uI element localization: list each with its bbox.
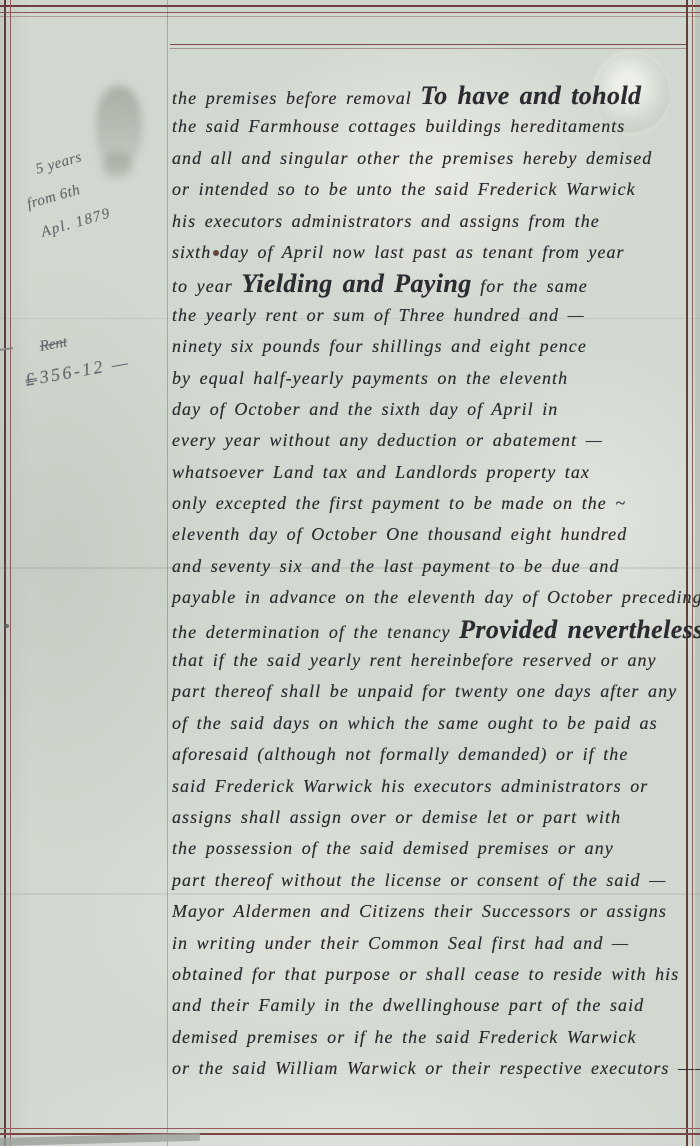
manuscript-line: the premises before removal To have and …: [172, 80, 684, 111]
manuscript-line: eleventh day of October One thousand eig…: [172, 519, 684, 550]
manuscript-line: in writing under their Common Seal first…: [172, 928, 684, 959]
manuscript-line: that if the said yearly rent hereinbefor…: [172, 645, 684, 676]
ink-bleedthrough-smudge: [102, 152, 132, 178]
manuscript-line: to year Yielding and Paying for the same: [172, 268, 684, 299]
manuscript-line: his executors administrators and assigns…: [172, 206, 684, 237]
manuscript-line: or the said William Warwick or their res…: [172, 1053, 684, 1084]
manuscript-body: the premises before removal To have and …: [172, 80, 684, 1085]
manuscript-line: the said Farmhouse cottages buildings he…: [172, 111, 684, 142]
manuscript-line: payable in advance on the eleventh day o…: [172, 582, 684, 613]
manuscript-line: obtained for that purpose or shall cease…: [172, 959, 684, 990]
right-border-rule-1: [686, 0, 688, 1146]
manuscript-line: part thereof without the license or cons…: [172, 865, 684, 896]
manuscript-line: ninety six pounds four shillings and eig…: [172, 331, 684, 362]
manuscript-line: only excepted the first payment to be ma…: [172, 488, 684, 519]
top-border-rule-3: [0, 16, 700, 17]
manuscript-line: assigns shall assign over or demise let …: [172, 802, 684, 833]
manuscript-line: sixth day of April now last past as tena…: [172, 237, 684, 268]
margin-note-term: 5 years from 6th Apl. 1879: [15, 139, 115, 250]
manuscript-line: the determination of the tenancy Provide…: [172, 614, 684, 645]
manuscript-line: every year without any deduction or abat…: [172, 425, 684, 456]
manuscript-line: Mayor Aldermen and Citizens their Succes…: [172, 896, 684, 927]
manuscript-line: and their Family in the dwellinghouse pa…: [172, 990, 684, 1021]
manuscript-line: the yearly rent or sum of Three hundred …: [172, 300, 684, 331]
pencil-tick: [4, 624, 9, 628]
manuscript-line: aforesaid (although not formally demande…: [172, 739, 684, 770]
top-border-rule-2: [0, 12, 700, 13]
pencil-tick: [0, 347, 13, 351]
manuscript-line: said Frederick Warwick his executors adm…: [172, 771, 684, 802]
manuscript-line: and seventy six and the last payment to …: [172, 551, 684, 582]
emphasized-phrase: To have and tohold: [420, 81, 641, 110]
header-rule-1: [170, 44, 688, 45]
rent-currency-struck: £: [24, 368, 39, 390]
manuscript-line: day of October and the sixth day of Apri…: [172, 394, 684, 425]
left-border-rule-2: [10, 0, 11, 1146]
emphasized-phrase: Yielding and Paying: [241, 269, 471, 298]
manuscript-page: 5 years from 6th Apl. 1879 Rent £356-12 …: [0, 0, 700, 1146]
emphasized-phrase: Provided nevertheless: [459, 615, 700, 644]
right-border-rule-2: [692, 0, 693, 1146]
manuscript-line: the possession of the said demised premi…: [172, 833, 684, 864]
vertical-fold-line: [167, 0, 168, 1146]
header-rule-2: [170, 48, 688, 49]
right-page-edge: [695, 0, 700, 1146]
manuscript-line: whatsoever Land tax and Landlords proper…: [172, 457, 684, 488]
top-border-rule-1: [0, 5, 700, 7]
manuscript-line: by equal half-yearly payments on the ele…: [172, 363, 684, 394]
manuscript-line: or intended so to be unto the said Frede…: [172, 174, 684, 205]
left-page-edge: [0, 0, 3, 1146]
manuscript-line: of the said days on which the same ought…: [172, 708, 684, 739]
left-border-rule-1: [4, 0, 6, 1146]
manuscript-line: part thereof shall be unpaid for twenty …: [172, 676, 684, 707]
manuscript-line: demised premises or if he the said Frede…: [172, 1022, 684, 1053]
margin-note-rent: Rent £356-12 —: [18, 317, 133, 394]
manuscript-line: and all and singular other the premises …: [172, 143, 684, 174]
bottom-border-rule-1: [0, 1128, 700, 1129]
